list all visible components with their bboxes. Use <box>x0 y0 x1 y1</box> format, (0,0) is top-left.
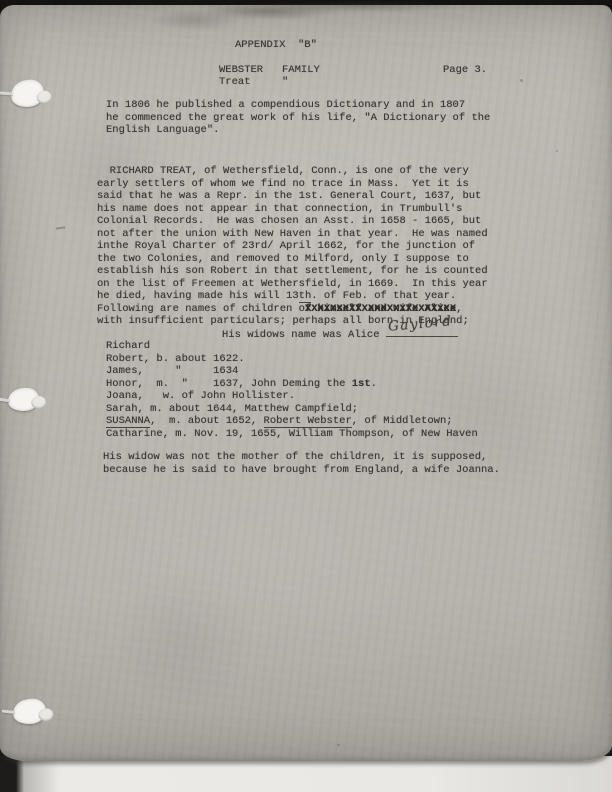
text-line: inthe Royal Charter of 23rd/ April 1662,… <box>97 240 488 253</box>
text-line: English Language". <box>106 124 490 137</box>
text-line: the two Colonies, and removed to Milford… <box>97 253 488 266</box>
text-line: said that he was a Repr. in the 1st. Gen… <box>97 190 488 203</box>
list-item: James, " 1634 <box>106 365 478 378</box>
family-heading: WEBSTER FAMILY <box>219 64 320 77</box>
underlined-text: th <box>299 290 312 303</box>
list-item: SUSANNA, m. about 1652, Robert Webster, … <box>106 415 478 428</box>
text-line: early settlers of whom we find no trace … <box>97 178 488 191</box>
appendix-text: APPENDIX "B" <box>235 39 317 52</box>
text-segment: Honor, m. " 1637, John Deming the <box>106 378 352 390</box>
text-segment: , of Middletown; <box>352 415 453 427</box>
text-segment: he died, having made his will 13 <box>97 290 299 302</box>
widow-note: His widows name was Alice Gaylord <box>222 326 458 339</box>
typed-over-text: f himself and wife AliceXXXXXXXXXXXXXXXX… <box>305 303 456 316</box>
text-segment: . of Feb. of that year. <box>311 290 456 302</box>
overstrike-x-marks: XXXXXXXXXXXXXXXXXXXXXXXX <box>305 303 456 316</box>
family-text: WEBSTER FAMILY <box>219 64 320 77</box>
page-number: Page 3. <box>443 64 487 77</box>
underlined-text: SUSANNA <box>106 415 150 428</box>
text-line: In 1806 he published a compendious Dicti… <box>106 99 490 112</box>
hole-punch-middle <box>7 387 40 412</box>
closing-paragraph: His widow was not the mother of the chil… <box>103 451 500 476</box>
list-item: Honor, m. " 1637, John Deming the 1st. <box>106 378 478 391</box>
text-line: Colonial Records. He was chosen an Asst.… <box>97 215 488 228</box>
appendix-heading: APPENDIX "B" <box>235 39 317 52</box>
stray-mark <box>337 744 340 746</box>
typed-underline: Gaylord <box>386 326 458 337</box>
will-date-line: he died, having made his will 13th. of F… <box>97 290 488 303</box>
children-intro-line: Following are names of children of himse… <box>97 303 488 316</box>
text-line: on the list of Freemen at Wethersfield, … <box>97 278 488 291</box>
text-line: establish his son Robert in that settlem… <box>97 265 488 278</box>
treat-text: Treat " <box>219 76 288 89</box>
text-line: he commenced the great work of his life,… <box>106 112 490 125</box>
handwritten-gaylord: Gaylord <box>387 315 452 333</box>
text-line: not after the union with New Haven in th… <box>97 228 488 241</box>
intro-paragraph: In 1806 he published a compendious Dicti… <box>106 99 490 137</box>
list-item: Richard <box>106 340 478 353</box>
text-line: His widow was not the mother of the chil… <box>103 451 500 464</box>
page-number-text: Page 3. <box>443 64 487 77</box>
text-line: because he is said to have brought from … <box>103 464 500 477</box>
list-item: Robert, b. about 1622. <box>106 353 478 366</box>
stray-mark <box>556 150 558 152</box>
text-segment: , <box>456 303 462 315</box>
treat-subheading: Treat " <box>219 76 288 89</box>
widow-note-line: His widows name was Alice Gaylord <box>222 326 458 339</box>
text-segment: . <box>371 378 377 390</box>
scanner-background <box>0 756 612 792</box>
richard-treat-paragraph: RICHARD TREAT, of Wethersfield, Conn., i… <box>97 165 488 328</box>
list-item: Joana, w. of John Hollister. <box>106 390 478 403</box>
stray-mark <box>520 79 523 82</box>
text-line: his name does not appear in that connect… <box>97 203 488 216</box>
text-line: RICHARD TREAT, of Wethersfield, Conn., i… <box>97 165 488 178</box>
text-segment: , m. about 1652, <box>150 415 263 427</box>
children-list: Richard Robert, b. about 1622. James, " … <box>106 340 478 440</box>
list-item: Sarah, m. about 1644, Matthew Campfield; <box>106 403 478 416</box>
text-segment: Following are names of children o <box>97 303 305 315</box>
emphasized-text: 1st <box>352 378 371 390</box>
underlined-text: Robert Webster <box>264 415 352 428</box>
list-item: Catharine, m. Nov. 19, 1655, William Tho… <box>106 428 478 441</box>
